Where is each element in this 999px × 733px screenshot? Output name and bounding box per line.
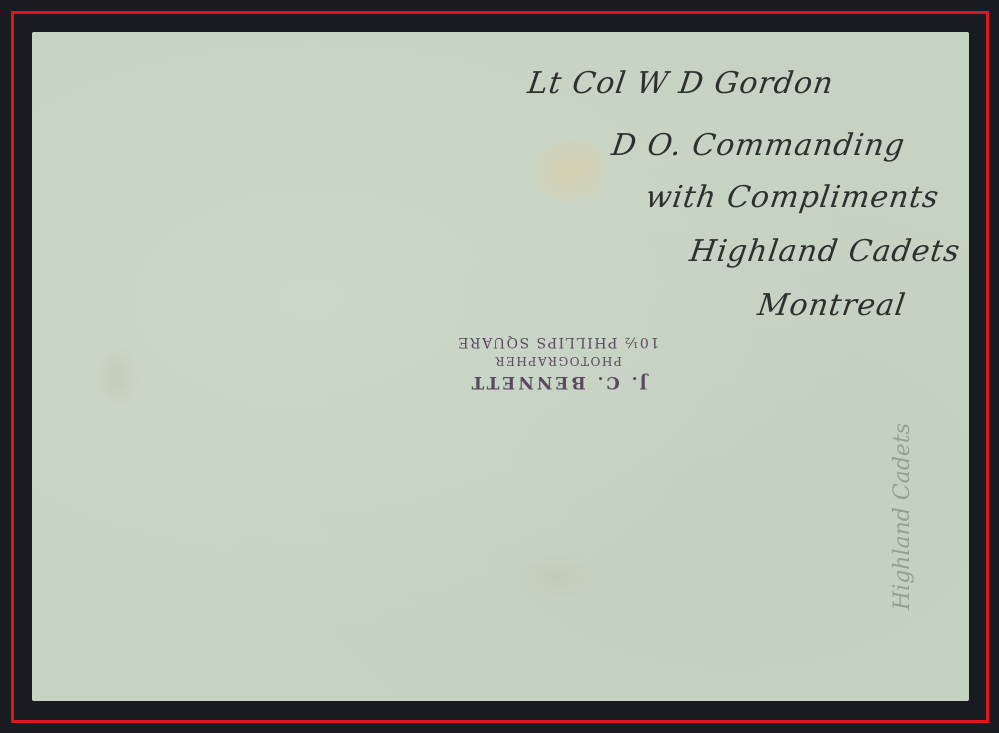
photographer-stamp: J. C. BENNETT PHOTOGRAPHER 10½ PHILLIPS … bbox=[436, 310, 680, 394]
inscription-line-city: Montreal bbox=[756, 288, 909, 323]
paper-blemish bbox=[512, 552, 602, 602]
inscription-line-rank: D O. Commanding bbox=[610, 128, 908, 163]
stamp-address: 10½ PHILLIPS SQUARE bbox=[436, 332, 680, 352]
stamp-photographer-title: PHOTOGRAPHER bbox=[436, 352, 680, 370]
inscription-line-recipient: Lt Col W D Gordon bbox=[526, 66, 836, 101]
handwritten-inscription: Lt Col W D Gordon D O. Commanding with C… bbox=[528, 66, 958, 336]
bleed-through-writing: Highland Cadets bbox=[890, 350, 930, 610]
inscription-line-unit: Highland Cadets bbox=[688, 234, 963, 269]
paper-blemish bbox=[92, 342, 142, 412]
stamp-photographer-name: J. C. BENNETT bbox=[436, 370, 680, 394]
inscription-line-compliments: with Compliments bbox=[644, 180, 942, 215]
